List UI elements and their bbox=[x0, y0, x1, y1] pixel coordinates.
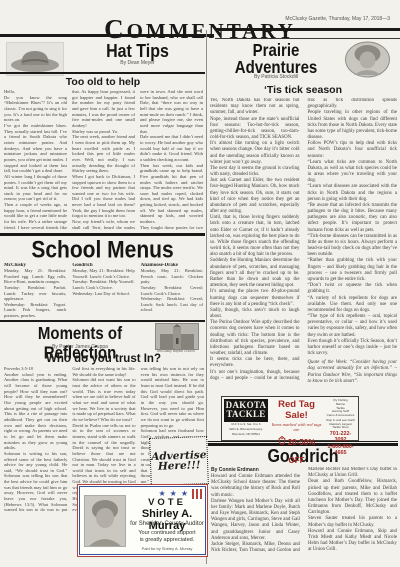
vote-label: VOTE bbox=[128, 497, 206, 508]
newspaper-page: McClusky Gazette, Thursday, May 17, 2018… bbox=[0, 0, 400, 567]
advertise-line2: Here!!! bbox=[158, 460, 201, 472]
article-headline-tick: ‘Tis tick season bbox=[210, 84, 396, 96]
dakota-sale-block: Red Tag Sale! Items marked with red tags… bbox=[269, 397, 324, 440]
vote-disclaimer: Paid for by Shirley A. Murray bbox=[126, 546, 206, 551]
menu-goodrich: Goodrich Monday, May 21: Breakfast: Help… bbox=[72, 263, 134, 318]
dakota-phone-2: 1-800-880-4665 bbox=[325, 444, 356, 456]
menu-anamoose-drake: Anamoose-Drake Monday, May 21: Breakfast… bbox=[141, 263, 203, 318]
article-headline-too-old: Too old to help bbox=[4, 76, 202, 88]
discount-text: 20-50% OFF bbox=[288, 438, 316, 465]
dakota-note: Stop in and see North Dakota’s Largest T… bbox=[325, 419, 356, 430]
portrait-icon bbox=[344, 41, 391, 78]
menu-mcclusky: McClusky Monday, May 21: Breakfast: Poac… bbox=[4, 263, 66, 318]
article-goodrich: By Connie Erdmann Howard and Connie Erdm… bbox=[211, 467, 397, 565]
columnist-portrait-photo bbox=[344, 41, 391, 78]
moments-rule bbox=[0, 320, 205, 322]
school-menus: McClusky Monday, May 21: Breakfast: Poac… bbox=[4, 263, 203, 318]
candidate-office: for Sheridan County Auditor bbox=[126, 521, 206, 527]
vote-message-2: is greatly appreciated. bbox=[126, 537, 206, 543]
dakota-city: Bismarck, ND 58504 bbox=[224, 433, 268, 437]
page-title: COMMENTARY bbox=[0, 14, 400, 45]
hat-icon bbox=[7, 43, 63, 75]
school-menus-rule bbox=[0, 233, 205, 236]
candidate-portrait-icon bbox=[85, 496, 125, 546]
red-tag-icon bbox=[278, 432, 286, 450]
dakota-logo: DAKOTA TACKLE bbox=[224, 399, 268, 422]
hat-tips-byline: By Dean Meyer bbox=[70, 60, 205, 66]
vote-message-1: Your continued support bbox=[126, 530, 206, 536]
menu-text: Monday, May 21: Breakfast: Poached egg. … bbox=[4, 268, 66, 318]
moments-byline: By Pastor James Gruppa bbox=[0, 344, 160, 350]
church-photo bbox=[155, 323, 199, 350]
article-tick: Yes, North Dakota has four seasons but r… bbox=[210, 98, 397, 392]
quote-of-the-week: Quote of the Week: “Consider having your… bbox=[308, 360, 398, 385]
cowboy-hat-photo bbox=[6, 42, 64, 76]
dakota-logo-line2: TACKLE bbox=[224, 410, 268, 419]
vote-shirley-murray-ad: ★ ★ ★ VOTE Shirley A. Murray for Sherida… bbox=[77, 484, 208, 557]
article-goodrich-text: Howard and Connie Erdmann attended the M… bbox=[211, 467, 397, 554]
article-too-old: Hello, Do you know the song “Muleskinner… bbox=[4, 89, 203, 232]
candidate-photo bbox=[84, 495, 126, 547]
dakota-logo-block: DAKOTA TACKLE M-F 9 to 9; Sat. 9 to 6 32… bbox=[222, 397, 269, 440]
section-title-prairie-adventures: Prairie Adventures bbox=[212, 42, 340, 77]
dakota-contact-block: Fly Fishing Marine Tackle Hunting Stuff … bbox=[324, 397, 358, 440]
section-title-school-menus: School Menus bbox=[0, 237, 205, 265]
red-tag-tagline: Items marked with red tags are bbox=[269, 422, 324, 432]
hat-tips-rule bbox=[0, 72, 205, 74]
dakota-phone-1: 701-222-3092 bbox=[325, 431, 356, 443]
article-too-old-text: Hello, Do you know the song “Muleskinner… bbox=[4, 89, 203, 232]
article-headline-trust: Who do you trust In? bbox=[4, 353, 203, 365]
prairie-byline: By Patricia Stockdill bbox=[212, 74, 340, 80]
menu-text: Monday, May 21: Breakfast: Help Yourself… bbox=[72, 268, 134, 296]
article-tick-text: Yes, North Dakota has four seasons but r… bbox=[210, 98, 397, 385]
vote-ad-inner: ★ ★ ★ VOTE Shirley A. Murray for Sherida… bbox=[79, 486, 206, 555]
menu-text: Monday, May 21: Breakfast: French toast;… bbox=[141, 268, 203, 313]
advertise-here-box: Advertise Here!!! bbox=[149, 436, 209, 486]
candidate-name: Shirley A. Murray bbox=[124, 508, 206, 532]
church-icon bbox=[156, 324, 198, 349]
dakota-tackle-ad: DAKOTA TACKLE M-F 9 to 9; Sat. 9 to 6 32… bbox=[221, 396, 359, 441]
red-tag-sale-headline: Red Tag Sale! bbox=[269, 399, 324, 421]
dakota-services: Fly Fishing Marine Tackle Hunting Stuff … bbox=[325, 399, 356, 418]
